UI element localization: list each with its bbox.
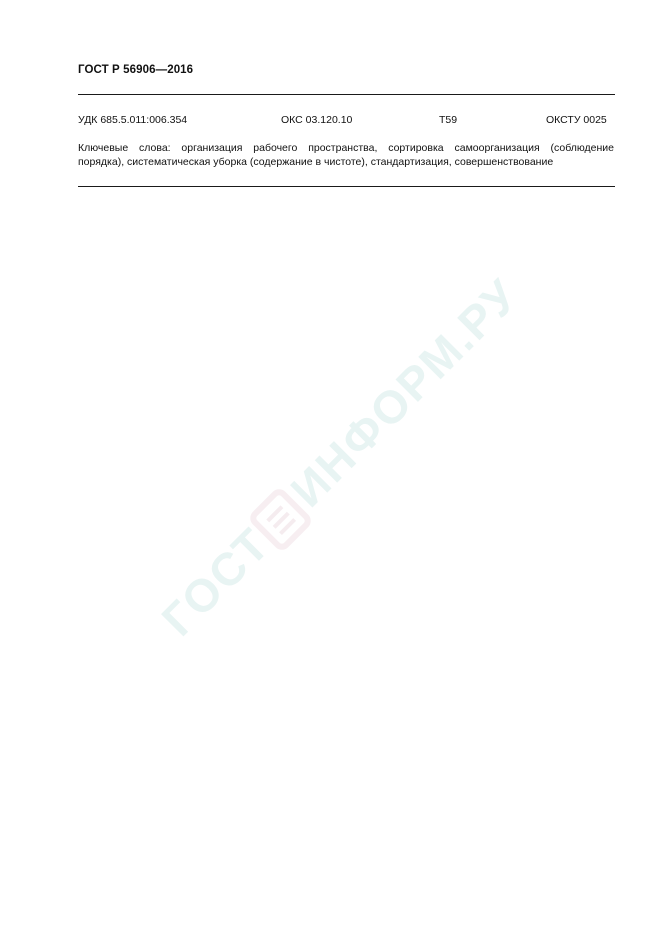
group-code: Т59 — [439, 114, 457, 126]
keywords-line-2: порядка), систематическая уборка (содерж… — [78, 155, 614, 169]
keywords-line-1: Ключевые слова: организация рабочего про… — [78, 141, 614, 155]
okstu-code: ОКСТУ 0025 — [546, 114, 607, 126]
bottom-divider — [78, 186, 615, 187]
watermark-text-right: ИНФОРМ.РУ — [281, 268, 529, 516]
keywords: Ключевые слова: организация рабочего про… — [78, 141, 614, 169]
top-divider — [78, 94, 615, 95]
standard-code: ГОСТ Р 56906—2016 — [78, 64, 193, 76]
oks-code: ОКС 03.120.10 — [281, 114, 352, 126]
watermark-text-left: ГОСТ — [151, 517, 279, 645]
document-icon — [251, 490, 310, 549]
udk-code: УДК 685.5.011:006.354 — [78, 114, 187, 126]
document-page: ГОСТ Р 56906—2016 УДК 685.5.011:006.354 … — [0, 0, 661, 936]
